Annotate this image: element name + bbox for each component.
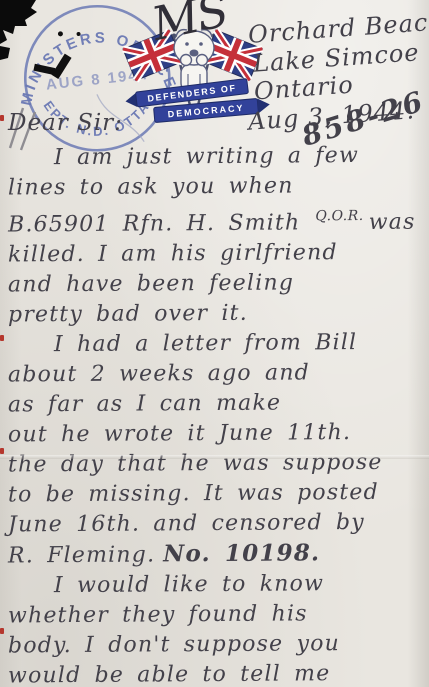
letter-line: whether they found his [8, 599, 426, 632]
address-line-province: Ontario [253, 71, 354, 106]
censor-name: R. Fleming. [8, 542, 155, 568]
letter-line: the day that he was suppose [8, 448, 426, 481]
letter-line: to be missing. It was posted [8, 478, 426, 511]
letter-line: I had a letter from Bill [8, 328, 426, 361]
letter-line: would be able to tell me [8, 659, 426, 687]
letter-line: June 16th. and censored by [8, 508, 426, 541]
scan-edge-speck [0, 115, 4, 121]
censor-number: No. 10198. [163, 539, 320, 567]
letter-line: and have been feeling [8, 268, 426, 301]
letter-line: as far as I can make [8, 388, 426, 421]
service-number-text: B.65901 Rfn. H. Smith [8, 210, 301, 237]
letter-line: I am just writing a few [8, 141, 426, 174]
letter-line: about 2 weeks ago and [8, 358, 426, 391]
salutation: Dear Sir: [8, 110, 426, 136]
letter-line: pretty bad over it. [8, 298, 426, 331]
scan-edge-speck [0, 628, 4, 634]
letter-line: body. I don't suppose you [8, 629, 426, 662]
letter-line: I would like to know [8, 569, 426, 602]
letter-line: killed. I am his girlfriend [8, 238, 426, 271]
letter-body: Dear Sir: I am just writing a few lines … [8, 110, 426, 687]
scanned-letter-page: MINISTERS OFFICE DEPT. N.D. OTTAWA AUG 8… [0, 0, 429, 687]
letter-line-service-number: B.65901 Rfn. H. SmithQ.O.R.was [8, 201, 426, 241]
paper-fold-crease [0, 455, 429, 459]
scan-edge-speck [0, 335, 4, 341]
letter-line-censor: R. Fleming.No. 10198. [8, 538, 426, 572]
line-continuation: was [369, 210, 416, 235]
letter-line: lines to ask you when [8, 171, 426, 204]
regiment-superscript: Q.O.R. [315, 208, 363, 224]
scan-edge-speck [0, 448, 4, 454]
letter-line: out he wrote it June 11th. [8, 418, 426, 451]
